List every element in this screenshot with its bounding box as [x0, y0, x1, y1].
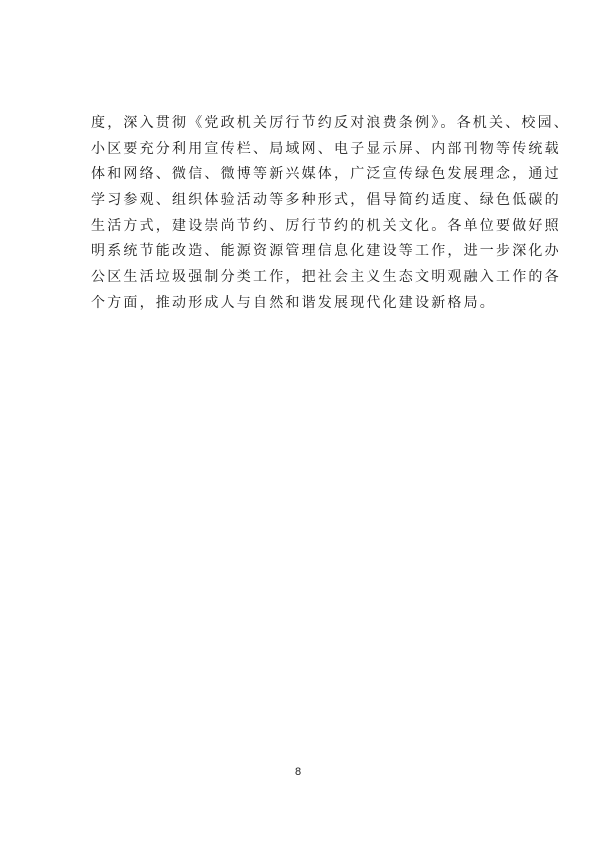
- paragraph-line: 体和网络、微信、微博等新兴媒体，广泛宣传绿色发展理念，通过: [91, 162, 515, 188]
- document-page: 度，深入贯彻《党政机关厉行节约反对浪费条例》。各机关、校园、 小区要充分利用宣传…: [0, 0, 596, 842]
- paragraph-line: 小区要充分利用宣传栏、局域网、电子显示屏、内部刊物等传统载: [91, 137, 515, 163]
- paragraph-line: 学习参观、组织体验活动等多种形式，倡导简约适度、绿色低碳的: [91, 188, 515, 214]
- paragraph-line: 生活方式，建设崇尚节约、厉行节约的机关文化。各单位要做好照: [91, 214, 515, 240]
- paragraph-line: 度，深入贯彻《党政机关厉行节约反对浪费条例》。各机关、校园、: [91, 111, 515, 137]
- paragraph-line: 公区生活垃圾强制分类工作，把社会主义生态文明观融入工作的各: [91, 265, 515, 291]
- paragraph-line: 明系统节能改造、能源资源管理信息化建设等工作，进一步深化办: [91, 239, 515, 265]
- body-paragraph: 度，深入贯彻《党政机关厉行节约反对浪费条例》。各机关、校园、 小区要充分利用宣传…: [91, 111, 515, 317]
- page-number: 8: [0, 766, 596, 778]
- paragraph-line: 个方面，推动形成人与自然和谐发展现代化建设新格局。: [91, 291, 515, 317]
